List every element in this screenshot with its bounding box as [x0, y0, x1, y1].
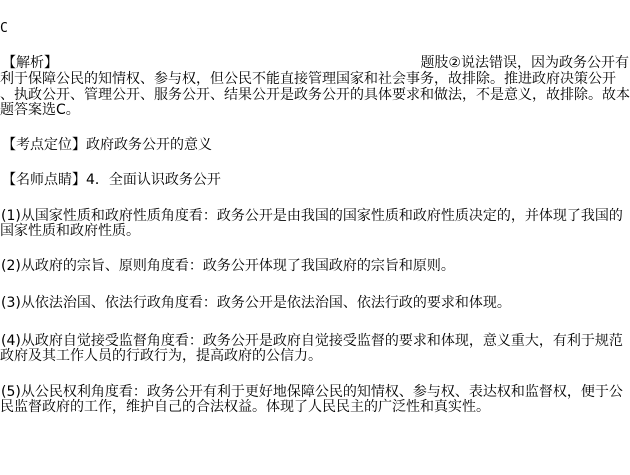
- analysis-header: 【解析】: [2, 56, 58, 71]
- analysis-line: 、执政公开、管理公开、服务公开、结果公开是政务公开的具体要求和做法，不是意义，故…: [0, 88, 630, 103]
- analysis-line: 题答案选C。: [0, 103, 80, 118]
- analysis-intro-text: 题肢②说法错误，因为政务公开有: [420, 56, 629, 71]
- analysis-line: 利于保障公民的知情权、参与权，但公民不能直接管理国家和社会事务，故排除。推进政府…: [0, 72, 616, 87]
- teacher-tips-heading: 【名师点睛】4．全面认识政务公开: [2, 173, 221, 188]
- point-1-line: (1)从国家性质和政府性质角度看：政务公开是由我国的国家性质和政府性质决定的，并…: [1, 209, 623, 224]
- answer-explanation-document: C 【解析】 题肢②说法错误，因为政务公开有 利于保障公民的知情权、参与权，但公…: [0, 0, 630, 475]
- point-3-line: (3)从依法治国、依法行政角度看：政务公开是依法治国、依法行政的要求和体现。: [1, 296, 511, 311]
- point-4-line: (4)从政府自觉接受监督角度看：政务公开是政府自觉接受监督的要求和体现，意义重大…: [1, 334, 623, 349]
- answer-letter: C: [0, 21, 8, 36]
- point-1-line: 国家性质和政府性质。: [0, 224, 140, 239]
- point-4-line: 政府及其工作人员的行政行为，提高政府的公信力。: [0, 349, 322, 364]
- point-5-line: 民监督政府的工作，维护自己的合法权益。体现了人民民主的广泛性和真实性。: [0, 400, 490, 415]
- point-2-line: (2)从政府的宗旨、原则角度看：政务公开体现了我国政府的宗旨和原则。: [1, 259, 455, 274]
- point-5-line: (5)从公民权利角度看：政务公开有利于更好地保障公民的知情权、参与权、表达权和监…: [1, 385, 623, 400]
- exam-point-heading: 【考点定位】政府政务公开的意义: [2, 138, 212, 153]
